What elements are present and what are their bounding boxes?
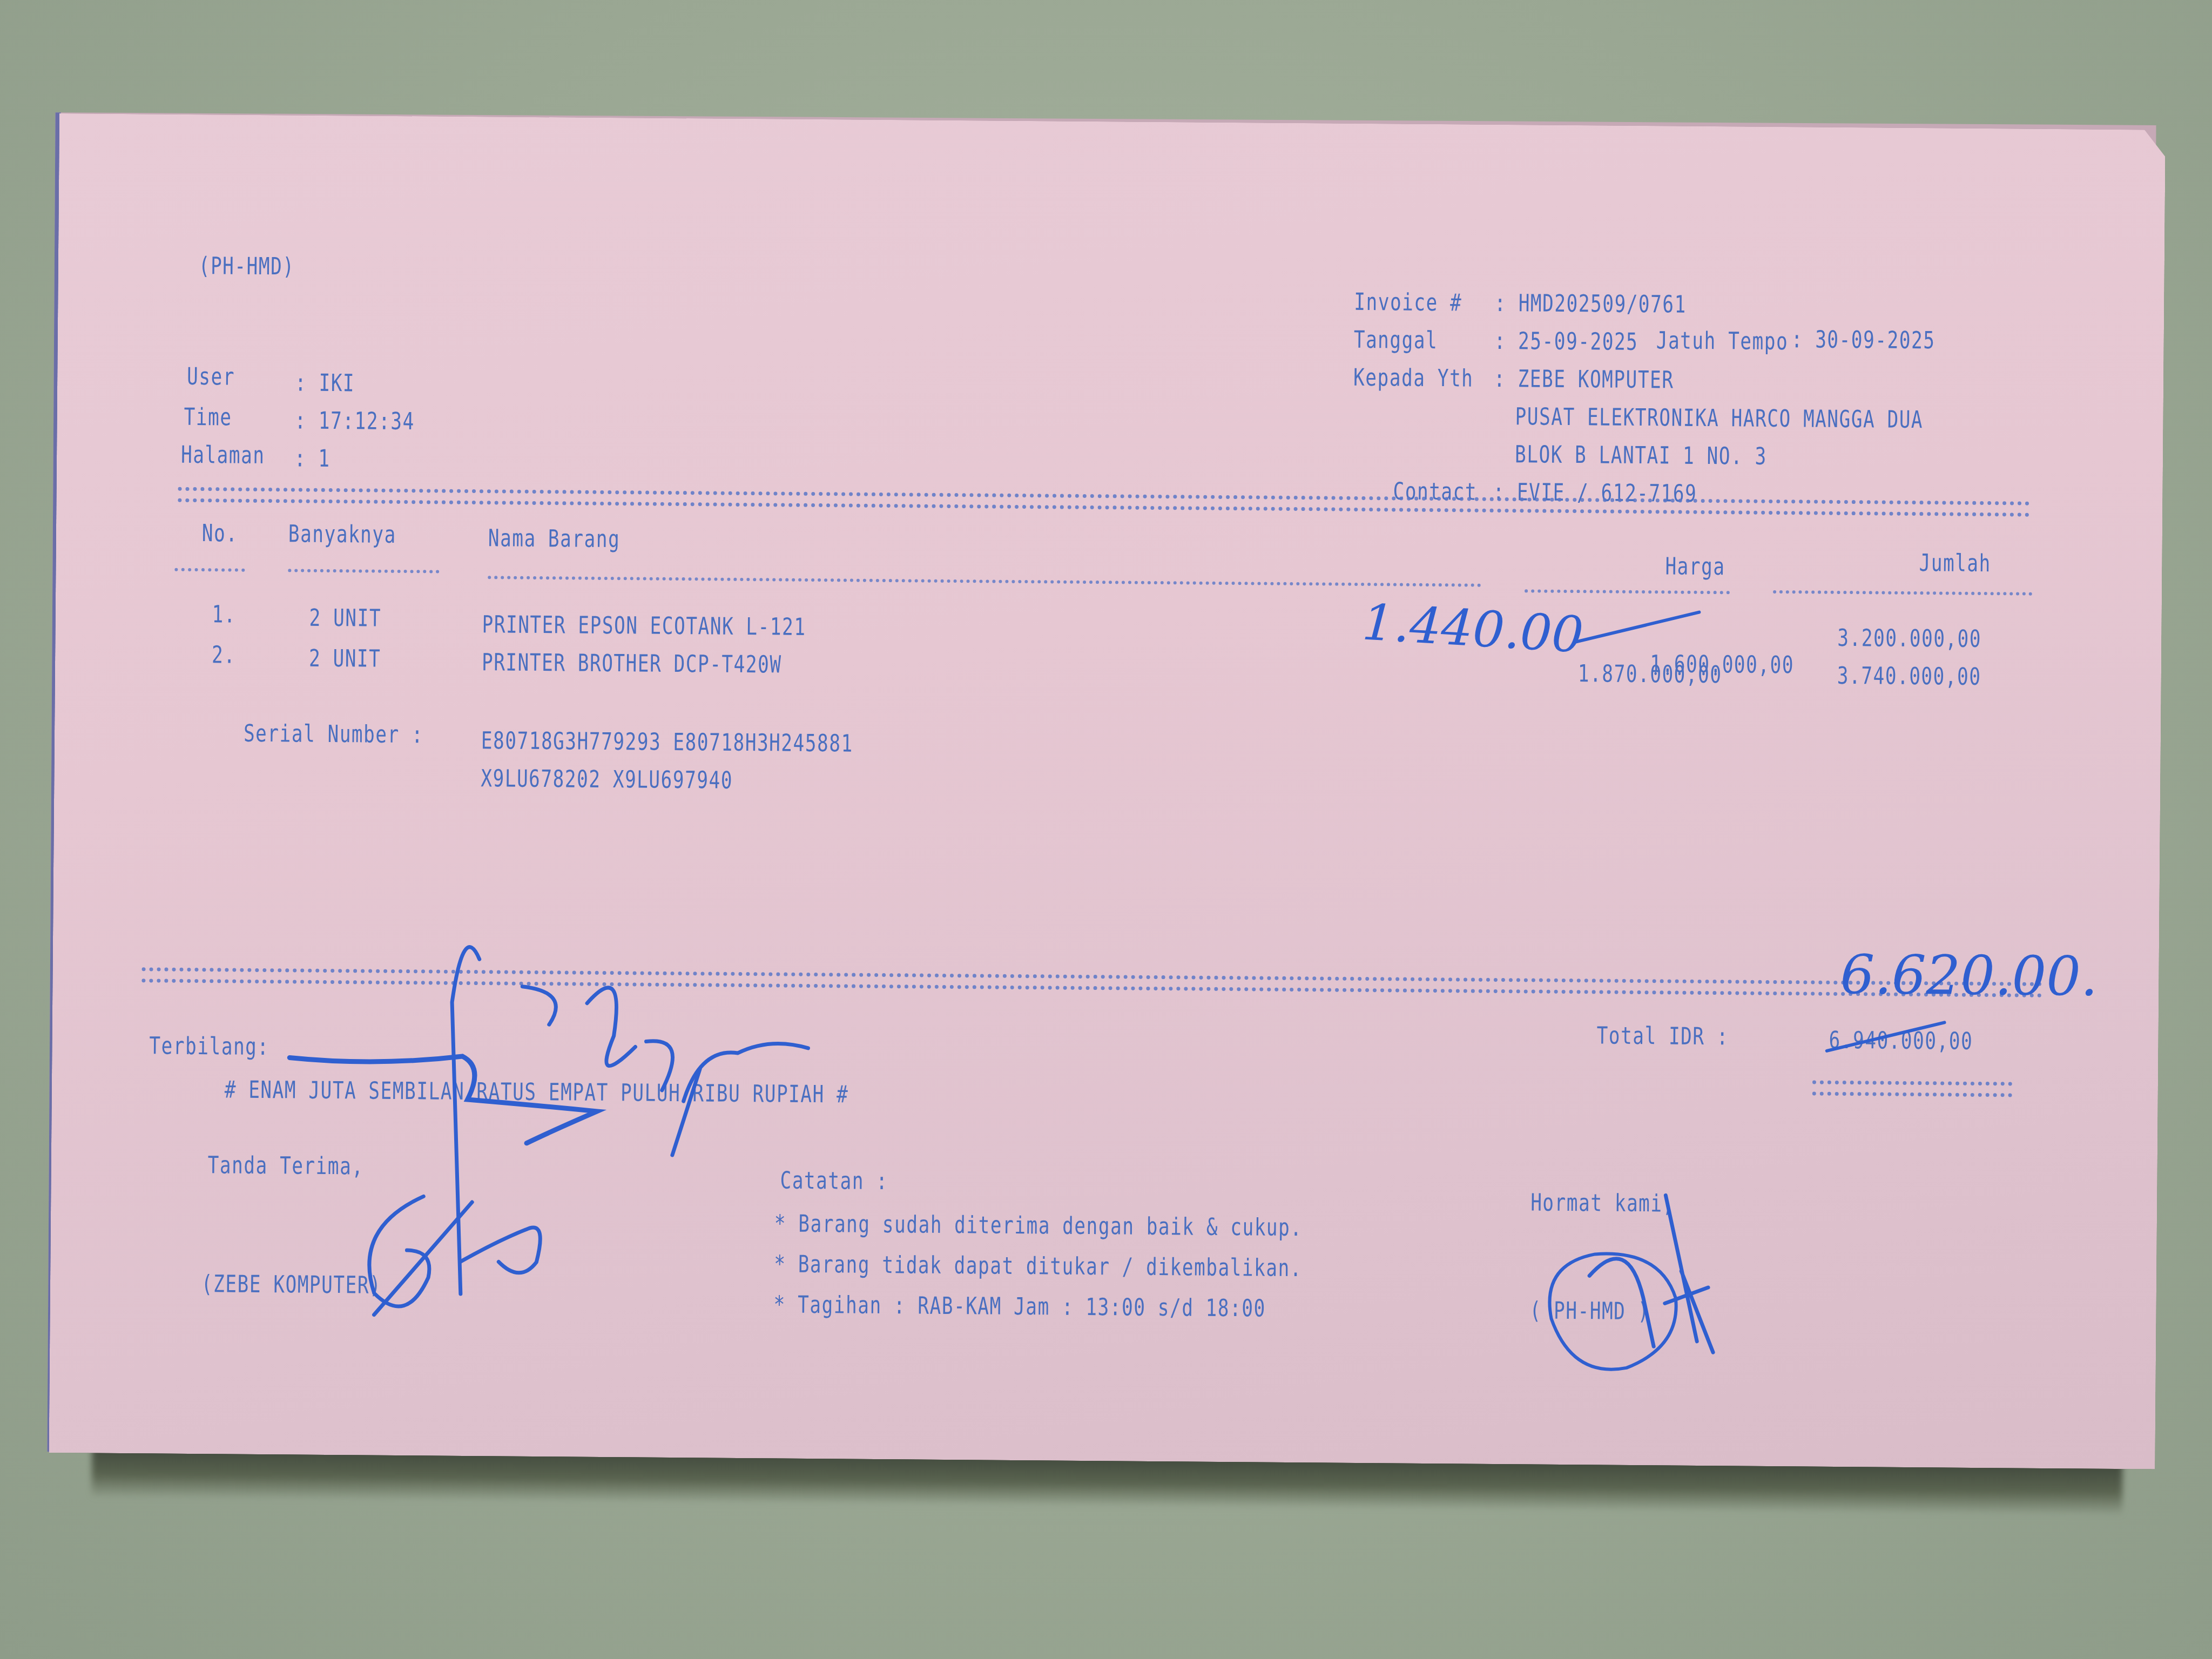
invoice-paper: (PH-HMD) User : IKI Time : 17:12:34 Hala… [49,113,2166,1469]
signature-stroke [450,947,480,1294]
handwritten-marks [49,113,2166,1469]
